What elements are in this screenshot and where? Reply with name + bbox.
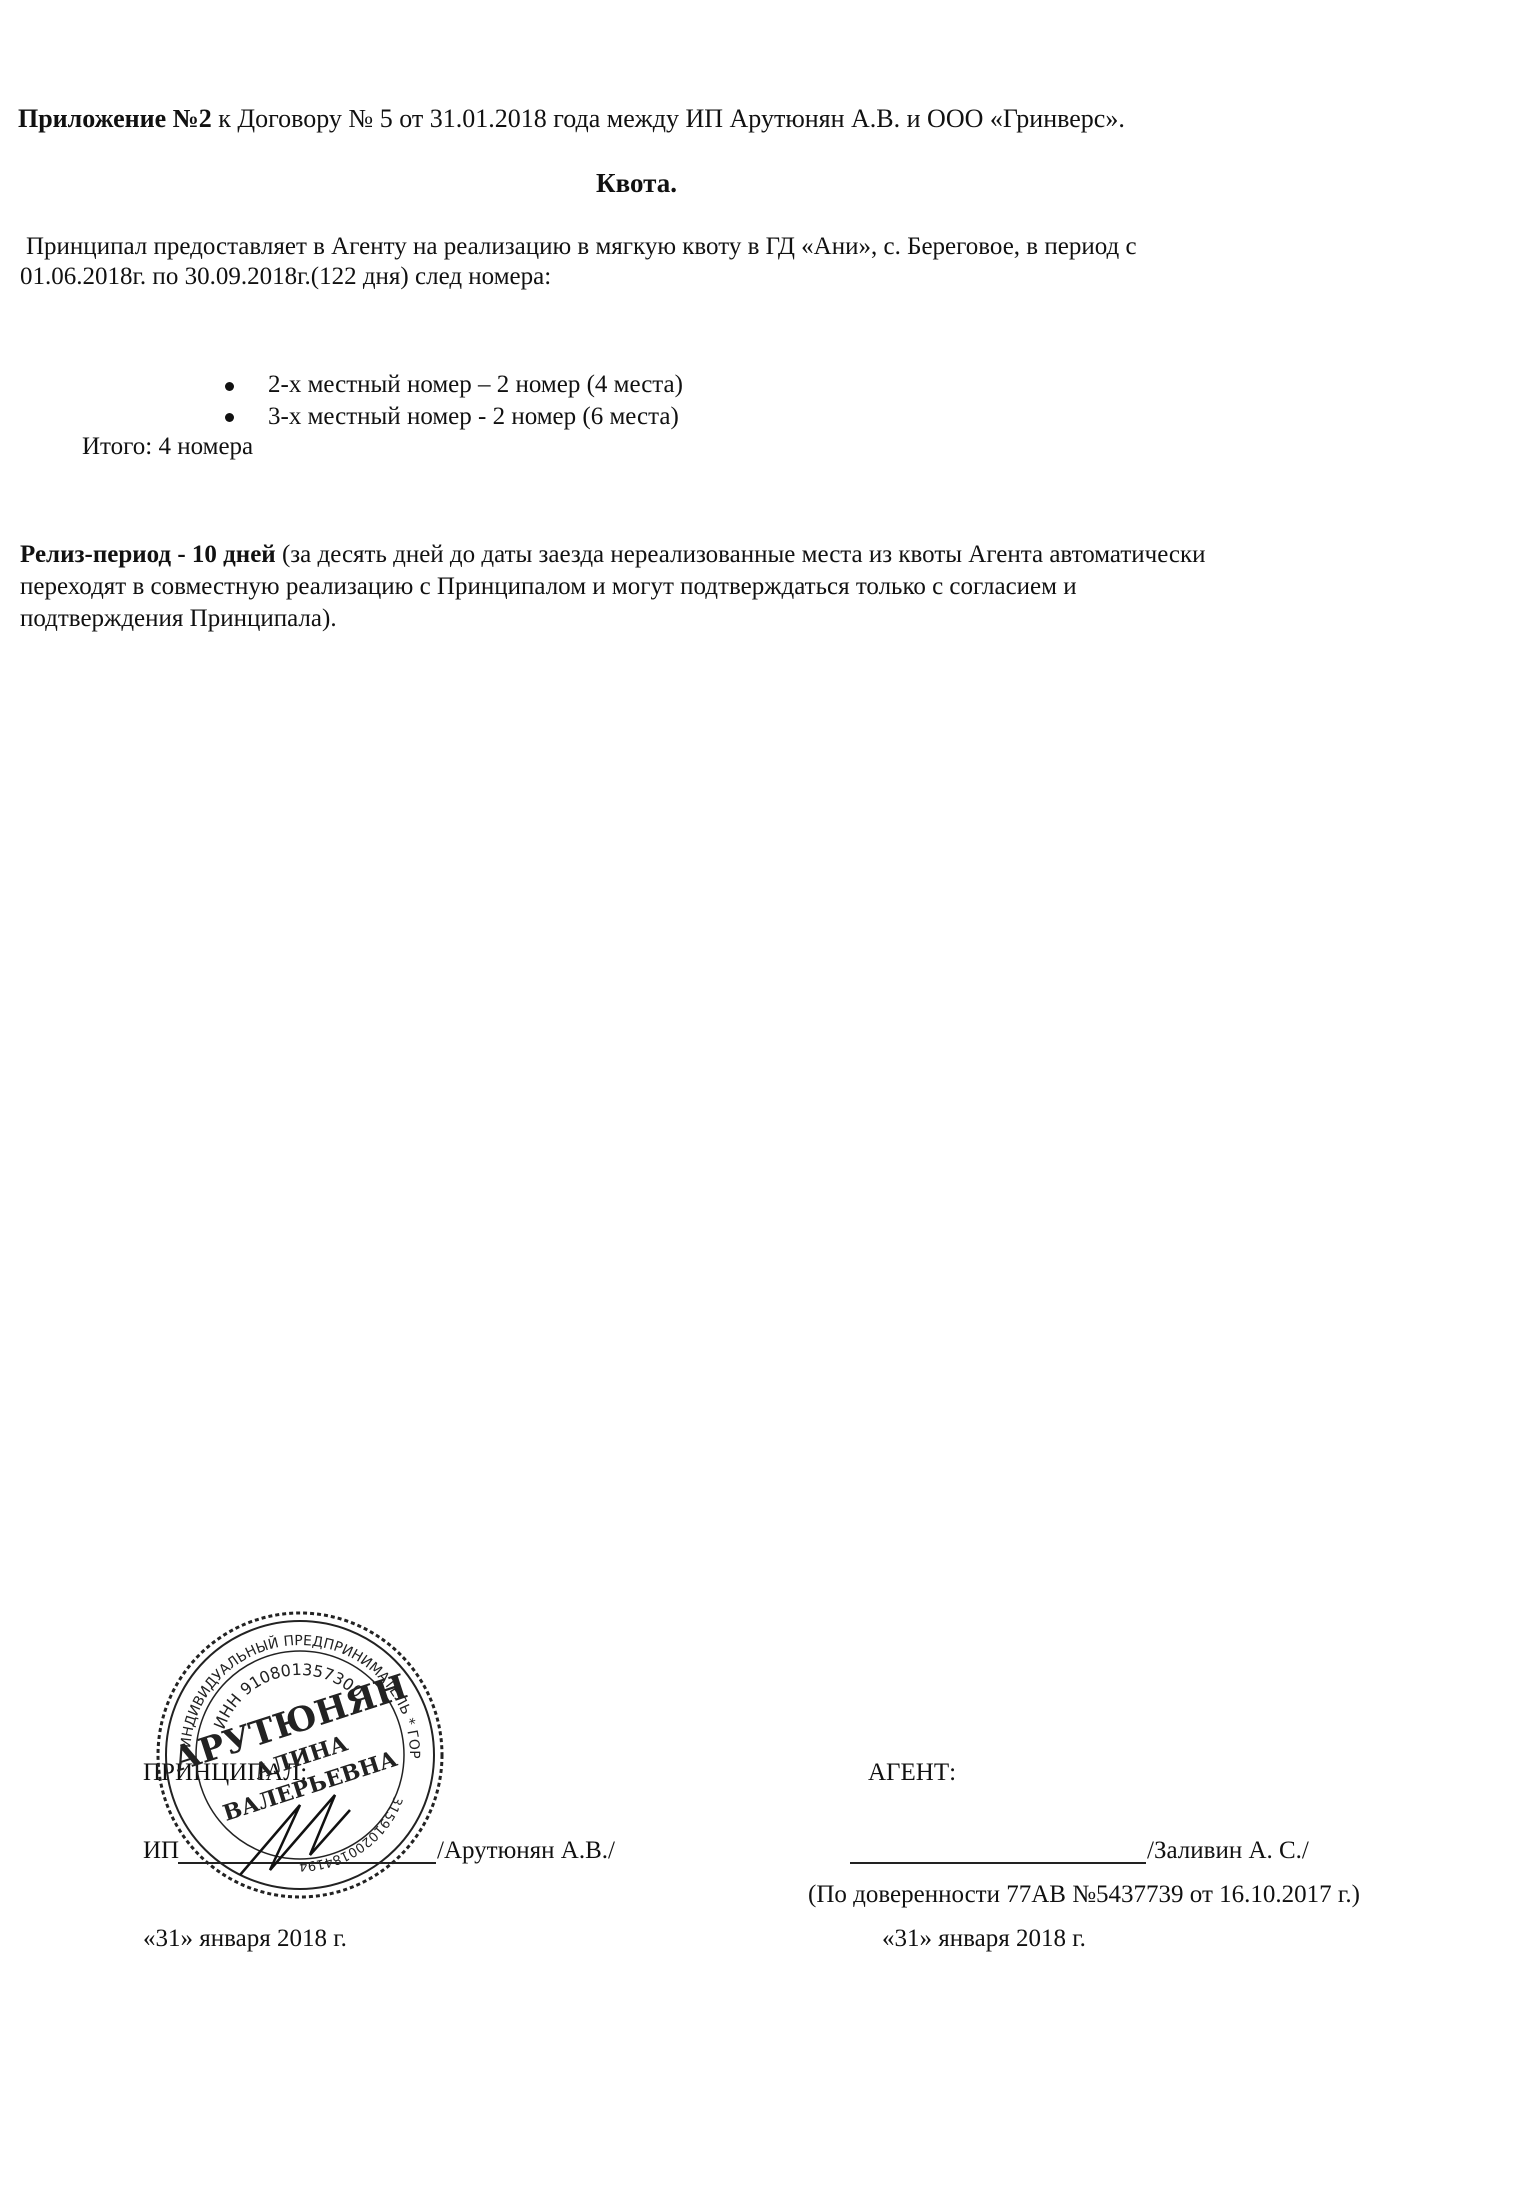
release-line-1: Релиз-период - 10 дней (за десять дней д… bbox=[20, 540, 1206, 570]
agent-date: «31» января 2018 г. bbox=[882, 1924, 1086, 1954]
company-stamp: ИНДИВИДУАЛЬНЫЙ ПРЕДПРИНИМАТЕЛЬ * ГОРОД Ф… bbox=[150, 1605, 450, 1905]
intro-line-2: 01.06.2018г. по 30.09.2018г.(122 дня) сл… bbox=[20, 262, 551, 292]
release-line-3: подтверждения Принципала). bbox=[20, 604, 337, 634]
release-period-label: Релиз-период - 10 дней bbox=[20, 541, 276, 568]
appendix-heading: Приложение №2 к Договору № 5 от 31.01.20… bbox=[18, 104, 1125, 134]
release-period-text: (за десять дней до даты заезда нереализо… bbox=[276, 541, 1206, 568]
principal-date: «31» января 2018 г. bbox=[143, 1924, 347, 1954]
room-item: 3-х местный номер - 2 номер (6 места) bbox=[268, 402, 679, 432]
svg-text:315910200184194: 315910200184194 bbox=[299, 1794, 405, 1873]
agent-power-of-attorney: (По доверенности 77АВ №5437739 от 16.10.… bbox=[808, 1880, 1360, 1910]
agent-heading: АГЕНТ: bbox=[868, 1758, 956, 1788]
agent-name: /Заливин А. С./ bbox=[1147, 1836, 1309, 1866]
appendix-contract-ref: к Договору № 5 от 31.01.2018 года между … bbox=[212, 104, 1125, 133]
agent-signature-line bbox=[850, 1862, 1146, 1864]
page-title: Квота. bbox=[596, 168, 677, 199]
release-line-2: переходят в совместную реализацию с Прин… bbox=[20, 572, 1077, 602]
appendix-label: Приложение №2 bbox=[18, 104, 212, 133]
bullet-icon bbox=[225, 413, 234, 422]
room-item: 2-х местный номер – 2 номер (4 места) bbox=[268, 370, 683, 400]
stamp-ogrn: 315910200184194 bbox=[299, 1794, 405, 1873]
bullet-icon bbox=[225, 382, 234, 391]
rooms-total: Итого: 4 номера bbox=[82, 432, 253, 462]
intro-line-1: Принципал предоставляет в Агенту на реал… bbox=[26, 232, 1137, 262]
principal-name: /Арутюнян А.В./ bbox=[437, 1836, 615, 1866]
